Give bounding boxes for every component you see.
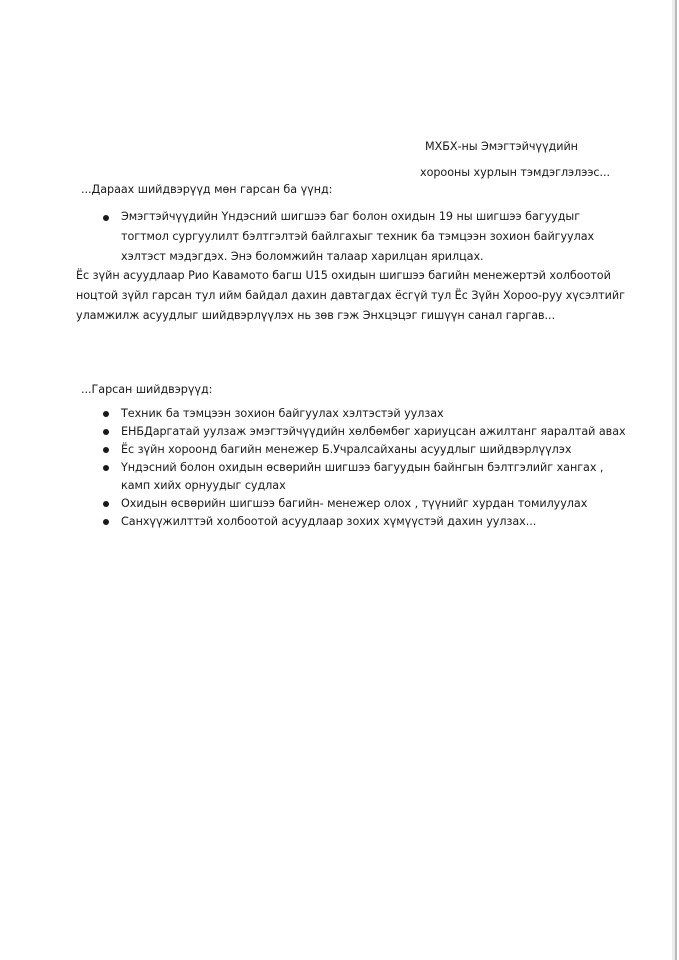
ethics-paragraph: Ёс зүйн асуудлаар Рио Кавамото багш U15 … — [76, 266, 625, 326]
list-item-line: Ёс зүйн хороонд багийн менежер Б.Учралса… — [121, 441, 626, 459]
list-item: ЕНБДаргатай уулзаж эмэгтэйчүүдийн хөлбөм… — [0, 423, 626, 441]
bullet-icon — [103, 447, 109, 453]
bullet-icon — [103, 429, 109, 435]
list-item-line: Үндэсний болон охидын өсвөрийн шигшээ ба… — [121, 459, 626, 477]
header-title-line-1: МХБХ-ны Эмэгтэйчүүдийн — [425, 137, 578, 157]
list-item-line: хэлтэст мэдэгдэх. Энэ боломжийн талаар х… — [121, 247, 594, 267]
bullet-icon — [103, 519, 109, 525]
bullet-icon — [103, 411, 109, 417]
paragraph-line: Ёс зүйн асуудлаар Рио Кавамото багш U15 … — [76, 266, 625, 286]
intro-text: ...Дараах шийдвэрүүд мөн гарсан ба үүнд: — [81, 180, 332, 200]
list-item: Ёс зүйн хороонд багийн менежер Б.Учралса… — [0, 441, 626, 459]
decisions-heading: ...Гарсан шийдвэрүүд: — [81, 380, 212, 400]
list-item: Санхүүжилттэй холбоотой асуудлаар зохих … — [0, 513, 626, 531]
bullet-icon — [103, 501, 109, 507]
list-item-line: камп хийх орнуудыг судлах — [121, 477, 626, 495]
document-page: МХБХ-ны Эмэгтэйчүүдийн хорооны хурлын тэ… — [0, 0, 679, 960]
list-item: Үндэсний болон охидын өсвөрийн шигшээ ба… — [0, 459, 626, 495]
list-item-line: Санхүүжилттэй холбоотой асуудлаар зохих … — [121, 513, 626, 531]
first-bullet-list: Эмэгтэйчүүдийн Үндэсний шигшээ баг болон… — [0, 207, 594, 267]
decisions-list: Техник ба тэмцээн зохион байгуулах хэлтэ… — [0, 405, 626, 531]
list-item-line: тогтмол сургуулилт бэлтгэлтэй байлгахыг … — [121, 227, 594, 247]
paragraph-line: уламжилж асуудлыг шийдвэрлүүлэх нь зөв г… — [76, 306, 625, 326]
page-edge-line — [675, 0, 677, 960]
list-item-line: Техник ба тэмцээн зохион байгуулах хэлтэ… — [121, 405, 626, 423]
list-item-line: ЕНБДаргатай уулзаж эмэгтэйчүүдийн хөлбөм… — [121, 423, 626, 441]
bullet-icon — [103, 215, 109, 221]
list-item: Охидын өсвөрийн шигшээ багийн- менежер о… — [0, 495, 626, 513]
list-item-line: Охидын өсвөрийн шигшээ багийн- менежер о… — [121, 495, 626, 513]
list-item: Техник ба тэмцээн зохион байгуулах хэлтэ… — [0, 405, 626, 423]
header-title-line-2: хорооны хурлын тэмдэглэлээс... — [420, 163, 610, 183]
bullet-icon — [103, 465, 109, 471]
list-item: Эмэгтэйчүүдийн Үндэсний шигшээ баг болон… — [0, 207, 594, 267]
list-item-line: Эмэгтэйчүүдийн Үндэсний шигшээ баг болон… — [121, 207, 594, 227]
paragraph-line: ноцтой зүйл гарсан тул ийм байдал дахин … — [76, 286, 625, 306]
